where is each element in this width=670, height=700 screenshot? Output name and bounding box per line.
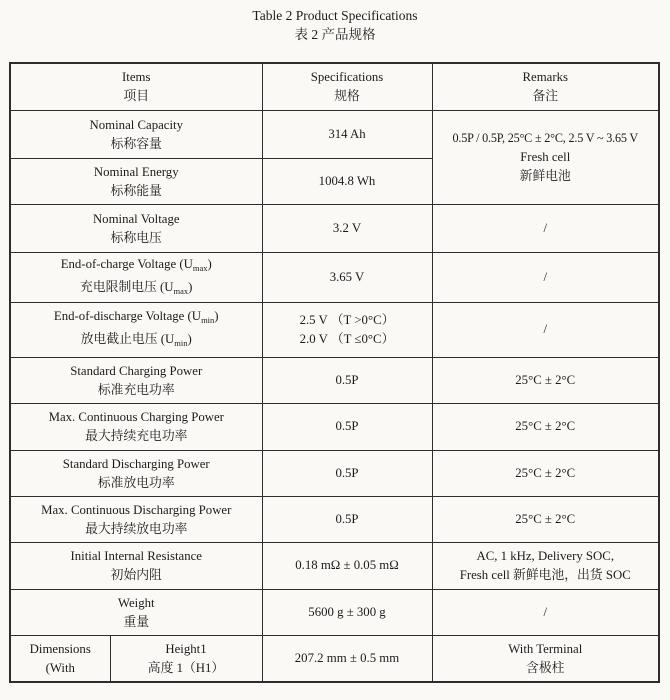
height1-remark-line2: 含极柱 [436, 659, 656, 677]
standard-discharging-remark-cell: 25°C ± 2°C [432, 450, 659, 496]
end-of-discharge-item-zh: 放电截止电压 (Umin) [14, 330, 259, 352]
height1-item-cell: Height1 高度 1（H1） [110, 635, 262, 682]
max-charging-item-en: Max. Continuous Charging Power [14, 408, 259, 426]
header-remarks-zh: 备注 [436, 87, 656, 105]
end-of-charge-item-en-post: ) [208, 257, 212, 271]
nominal-voltage-spec-cell: 3.2 V [262, 204, 432, 252]
nominal-capacity-item-en: Nominal Capacity [14, 116, 259, 134]
end-of-discharge-item-en-post: ) [214, 309, 218, 323]
weight-item-zh: 重量 [14, 613, 259, 631]
header-remarks-cell: Remarks 备注 [432, 63, 659, 110]
standard-discharging-spec-cell: 0.5P [262, 450, 432, 496]
weight-spec-cell: 5600 g ± 300 g [262, 589, 432, 635]
end-of-discharge-spec-line1: 2.5 V （T >0°C） [266, 311, 429, 329]
end-of-charge-item-en-sub: max [193, 263, 208, 273]
header-specifications-zh: 规格 [266, 87, 429, 105]
nominal-voltage-item-zh: 标称电压 [14, 229, 259, 247]
row-standard-discharging-power: Standard Discharging Power 标准放电功率 0.5P 2… [10, 450, 659, 496]
height1-remark-line1: With Terminal [436, 640, 656, 658]
header-items-en: Items [14, 68, 259, 86]
end-of-discharge-remark-cell: / [432, 302, 659, 357]
nominal-voltage-remark-cell: / [432, 204, 659, 252]
end-of-discharge-item-en-sub: min [201, 315, 214, 325]
internal-resistance-spec-cell: 0.18 mΩ ± 0.05 mΩ [262, 542, 432, 589]
row-nominal-capacity: Nominal Capacity 标称容量 314 Ah 0.5P / 0.5P… [10, 110, 659, 158]
max-charging-spec-cell: 0.5P [262, 403, 432, 450]
end-of-discharge-spec-line2: 2.0 V （T ≤0°C） [266, 330, 429, 348]
row-standard-charging-power: Standard Charging Power 标准充电功率 0.5P 25°C… [10, 357, 659, 403]
capacity-energy-remark-line2: Fresh cell [436, 148, 656, 166]
document-title-block: Table 2 Product Specifications 表 2 产品规格 [0, 7, 670, 43]
product-specifications-table: Items 项目 Specifications 规格 Remarks 备注 No… [9, 62, 660, 683]
end-of-charge-item-zh-post: ) [188, 280, 192, 294]
internal-resistance-remark-line2: Fresh cell 新鲜电池，出货 SOC [436, 566, 656, 584]
height1-item-en: Height1 [114, 640, 259, 658]
nominal-capacity-item-zh: 标称容量 [14, 135, 259, 153]
nominal-voltage-item-en: Nominal Voltage [14, 210, 259, 228]
row-end-of-discharge-voltage: End-of-discharge Voltage (Umin) 放电截止电压 (… [10, 302, 659, 357]
max-discharging-item-en: Max. Continuous Discharging Power [14, 501, 259, 519]
row-initial-internal-resistance: Initial Internal Resistance 初始内阻 0.18 mΩ… [10, 542, 659, 589]
end-of-discharge-item-zh-sub: min [174, 338, 187, 348]
row-nominal-voltage: Nominal Voltage 标称电压 3.2 V / [10, 204, 659, 252]
end-of-charge-item-en: End-of-charge Voltage (Umax) [14, 255, 259, 277]
weight-item-cell: Weight 重量 [10, 589, 262, 635]
max-discharging-spec-cell: 0.5P [262, 496, 432, 542]
table-title-zh: 表 2 产品规格 [0, 26, 670, 43]
end-of-charge-item-zh-sub: max [174, 286, 189, 296]
end-of-discharge-spec-cell: 2.5 V （T >0°C） 2.0 V （T ≤0°C） [262, 302, 432, 357]
standard-discharging-item-cell: Standard Discharging Power 标准放电功率 [10, 450, 262, 496]
max-charging-item-zh: 最大持续充电功率 [14, 427, 259, 445]
row-max-continuous-charging-power: Max. Continuous Charging Power 最大持续充电功率 … [10, 403, 659, 450]
header-remarks-en: Remarks [436, 68, 656, 86]
row-weight: Weight 重量 5600 g ± 300 g / [10, 589, 659, 635]
nominal-capacity-item-cell: Nominal Capacity 标称容量 [10, 110, 262, 158]
end-of-charge-item-en-pre: End-of-charge Voltage (U [61, 257, 193, 271]
max-discharging-item-cell: Max. Continuous Discharging Power 最大持续放电… [10, 496, 262, 542]
max-charging-remark-cell: 25°C ± 2°C [432, 403, 659, 450]
end-of-discharge-item-en: End-of-discharge Voltage (Umin) [14, 307, 259, 329]
weight-item-en: Weight [14, 594, 259, 612]
end-of-discharge-item-cell: End-of-discharge Voltage (Umin) 放电截止电压 (… [10, 302, 262, 357]
nominal-energy-spec-cell: 1004.8 Wh [262, 158, 432, 204]
end-of-charge-item-zh-pre: 充电限制电压 (U [80, 280, 173, 294]
standard-charging-item-en: Standard Charging Power [14, 362, 259, 380]
max-charging-item-cell: Max. Continuous Charging Power 最大持续充电功率 [10, 403, 262, 450]
nominal-capacity-spec-cell: 314 Ah [262, 110, 432, 158]
max-discharging-remark-cell: 25°C ± 2°C [432, 496, 659, 542]
internal-resistance-item-cell: Initial Internal Resistance 初始内阻 [10, 542, 262, 589]
capacity-energy-remark-line3: 新鲜电池 [436, 167, 656, 185]
nominal-energy-item-zh: 标称能量 [14, 182, 259, 200]
capacity-energy-remark-cell: 0.5P / 0.5P, 25°C ± 2°C, 2.5 V ~ 3.65 V … [432, 110, 659, 204]
end-of-discharge-item-zh-post: ) [187, 332, 191, 346]
height1-spec-cell: 207.2 mm ± 0.5 mm [262, 635, 432, 682]
row-max-continuous-discharging-power: Max. Continuous Discharging Power 最大持续放电… [10, 496, 659, 542]
end-of-discharge-item-en-pre: End-of-discharge Voltage (U [54, 309, 201, 323]
end-of-discharge-item-zh-pre: 放电截止电压 (U [81, 332, 174, 346]
internal-resistance-item-zh: 初始内阻 [14, 566, 259, 584]
row-dimensions-height1: Dimensions (With Height1 高度 1（H1） 207.2 … [10, 635, 659, 682]
end-of-charge-remark-cell: / [432, 252, 659, 302]
header-row: Items 项目 Specifications 规格 Remarks 备注 [10, 63, 659, 110]
end-of-charge-spec-cell: 3.65 V [262, 252, 432, 302]
dimensions-group-cell: Dimensions (With [10, 635, 110, 682]
end-of-charge-item-cell: End-of-charge Voltage (Umax) 充电限制电压 (Uma… [10, 252, 262, 302]
standard-charging-spec-cell: 0.5P [262, 357, 432, 403]
standard-charging-item-cell: Standard Charging Power 标准充电功率 [10, 357, 262, 403]
internal-resistance-remark-cell: AC, 1 kHz, Delivery SOC, Fresh cell 新鲜电池… [432, 542, 659, 589]
standard-charging-remark-cell: 25°C ± 2°C [432, 357, 659, 403]
header-items-zh: 项目 [14, 87, 259, 105]
standard-discharging-item-en: Standard Discharging Power [14, 455, 259, 473]
row-end-of-charge-voltage: End-of-charge Voltage (Umax) 充电限制电压 (Uma… [10, 252, 659, 302]
dimensions-group-line1: Dimensions [14, 640, 107, 658]
end-of-charge-item-zh: 充电限制电压 (Umax) [14, 278, 259, 300]
nominal-energy-item-cell: Nominal Energy 标称能量 [10, 158, 262, 204]
header-items-cell: Items 项目 [10, 63, 262, 110]
table-title-en: Table 2 Product Specifications [0, 7, 670, 24]
weight-remark-cell: / [432, 589, 659, 635]
standard-charging-item-zh: 标准充电功率 [14, 381, 259, 399]
standard-discharging-item-zh: 标准放电功率 [14, 474, 259, 492]
header-specifications-en: Specifications [266, 68, 429, 86]
nominal-voltage-item-cell: Nominal Voltage 标称电压 [10, 204, 262, 252]
dimensions-group-line2: (With [14, 659, 107, 677]
height1-remark-cell: With Terminal 含极柱 [432, 635, 659, 682]
height1-item-zh: 高度 1（H1） [114, 659, 259, 677]
capacity-energy-remark-line1: 0.5P / 0.5P, 25°C ± 2°C, 2.5 V ~ 3.65 V [436, 129, 656, 147]
max-discharging-item-zh: 最大持续放电功率 [14, 520, 259, 538]
header-specifications-cell: Specifications 规格 [262, 63, 432, 110]
nominal-energy-item-en: Nominal Energy [14, 163, 259, 181]
internal-resistance-item-en: Initial Internal Resistance [14, 547, 259, 565]
internal-resistance-remark-line1: AC, 1 kHz, Delivery SOC, [436, 547, 656, 565]
